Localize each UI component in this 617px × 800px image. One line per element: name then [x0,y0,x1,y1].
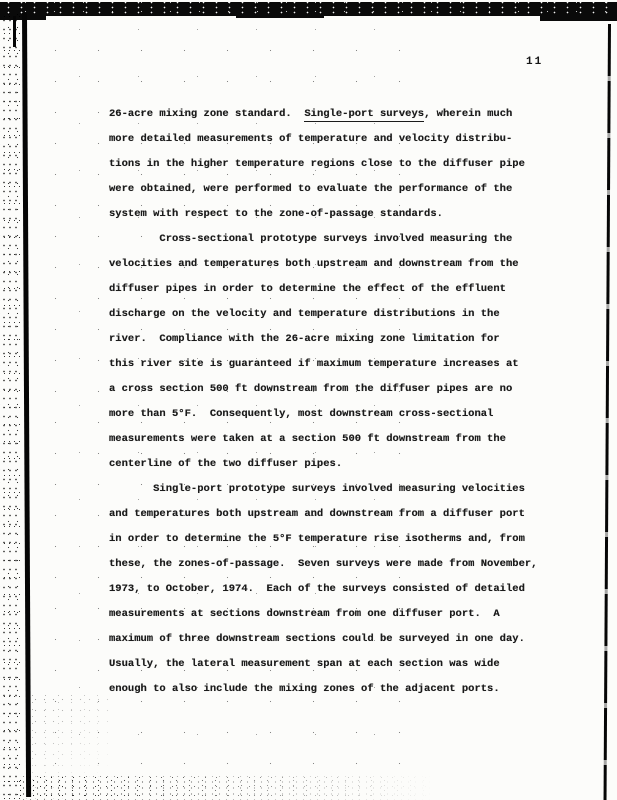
text-line: system with respect to the zone-of-passa… [109,202,579,227]
scan-right-page-edge [604,24,611,800]
text-line: more than 5°F. Consequently, most downst… [109,402,579,427]
scan-band-drip [540,16,617,21]
scanned-document-page: 11 26-acre mixing zone standard. Single-… [0,0,617,800]
paragraph-1-lines: more detailed measurements of temperatur… [109,127,579,227]
paragraph-2: Cross-sectional prototype surveys involv… [109,227,579,477]
text-line: Cross-sectional prototype surveys involv… [109,227,579,252]
text-line: 26-acre mixing zone standard. Single-por… [109,102,579,127]
scan-top-band [0,2,617,16]
document-body: 26-acre mixing zone standard. Single-por… [109,102,579,702]
text-line: in order to determine the 5°F temperatur… [109,527,579,552]
text-line: these, the zones-of-passage. Seven surve… [109,552,579,577]
paragraph-1: 26-acre mixing zone standard. Single-por… [109,102,579,227]
text-segment: , wherein much [424,108,512,120]
text-line: discharge on the velocity and temperatur… [109,302,579,327]
scan-band-drip [236,16,324,18]
text-line: this river site is guaranteed if maximum… [109,352,579,377]
text-line: measurements at sections downstream from… [109,602,579,627]
underlined-phrase: Single-port surveys [304,108,424,122]
text-line: maximum of three downstream sections cou… [109,627,579,652]
text-line: were obtained, were performed to evaluat… [109,177,579,202]
text-line: velocities and temperatures both upstrea… [109,252,579,277]
text-line: tions in the higher temperature regions … [109,152,579,177]
scan-left-edge-noise [0,14,20,800]
text-line: river. Compliance with the 26-acre mixin… [109,327,579,352]
text-line: and temperatures both upstream and downs… [109,502,579,527]
scan-bottom-noise [20,776,450,800]
text-line: centerline of the two diffuser pipes. [109,452,579,477]
text-segment: 26-acre mixing zone standard. [109,108,304,120]
scan-left-streak [13,16,16,47]
text-line: Single-port prototype surveys involved m… [109,477,579,502]
text-line: diffuser pipes in order to determine the… [109,277,579,302]
text-line: a cross section 500 ft downstream from t… [109,377,579,402]
paragraph-3: Single-port prototype surveys involved m… [109,477,579,702]
text-line: more detailed measurements of temperatur… [109,127,579,152]
text-line: 1973, to October, 1974. Each of the surv… [109,577,579,602]
text-line: Usually, the lateral measurement span at… [109,652,579,677]
text-line: measurements were taken at a section 500… [109,427,579,452]
page-number: 11 [526,56,543,68]
text-line: enough to also include the mixing zones … [109,677,579,702]
